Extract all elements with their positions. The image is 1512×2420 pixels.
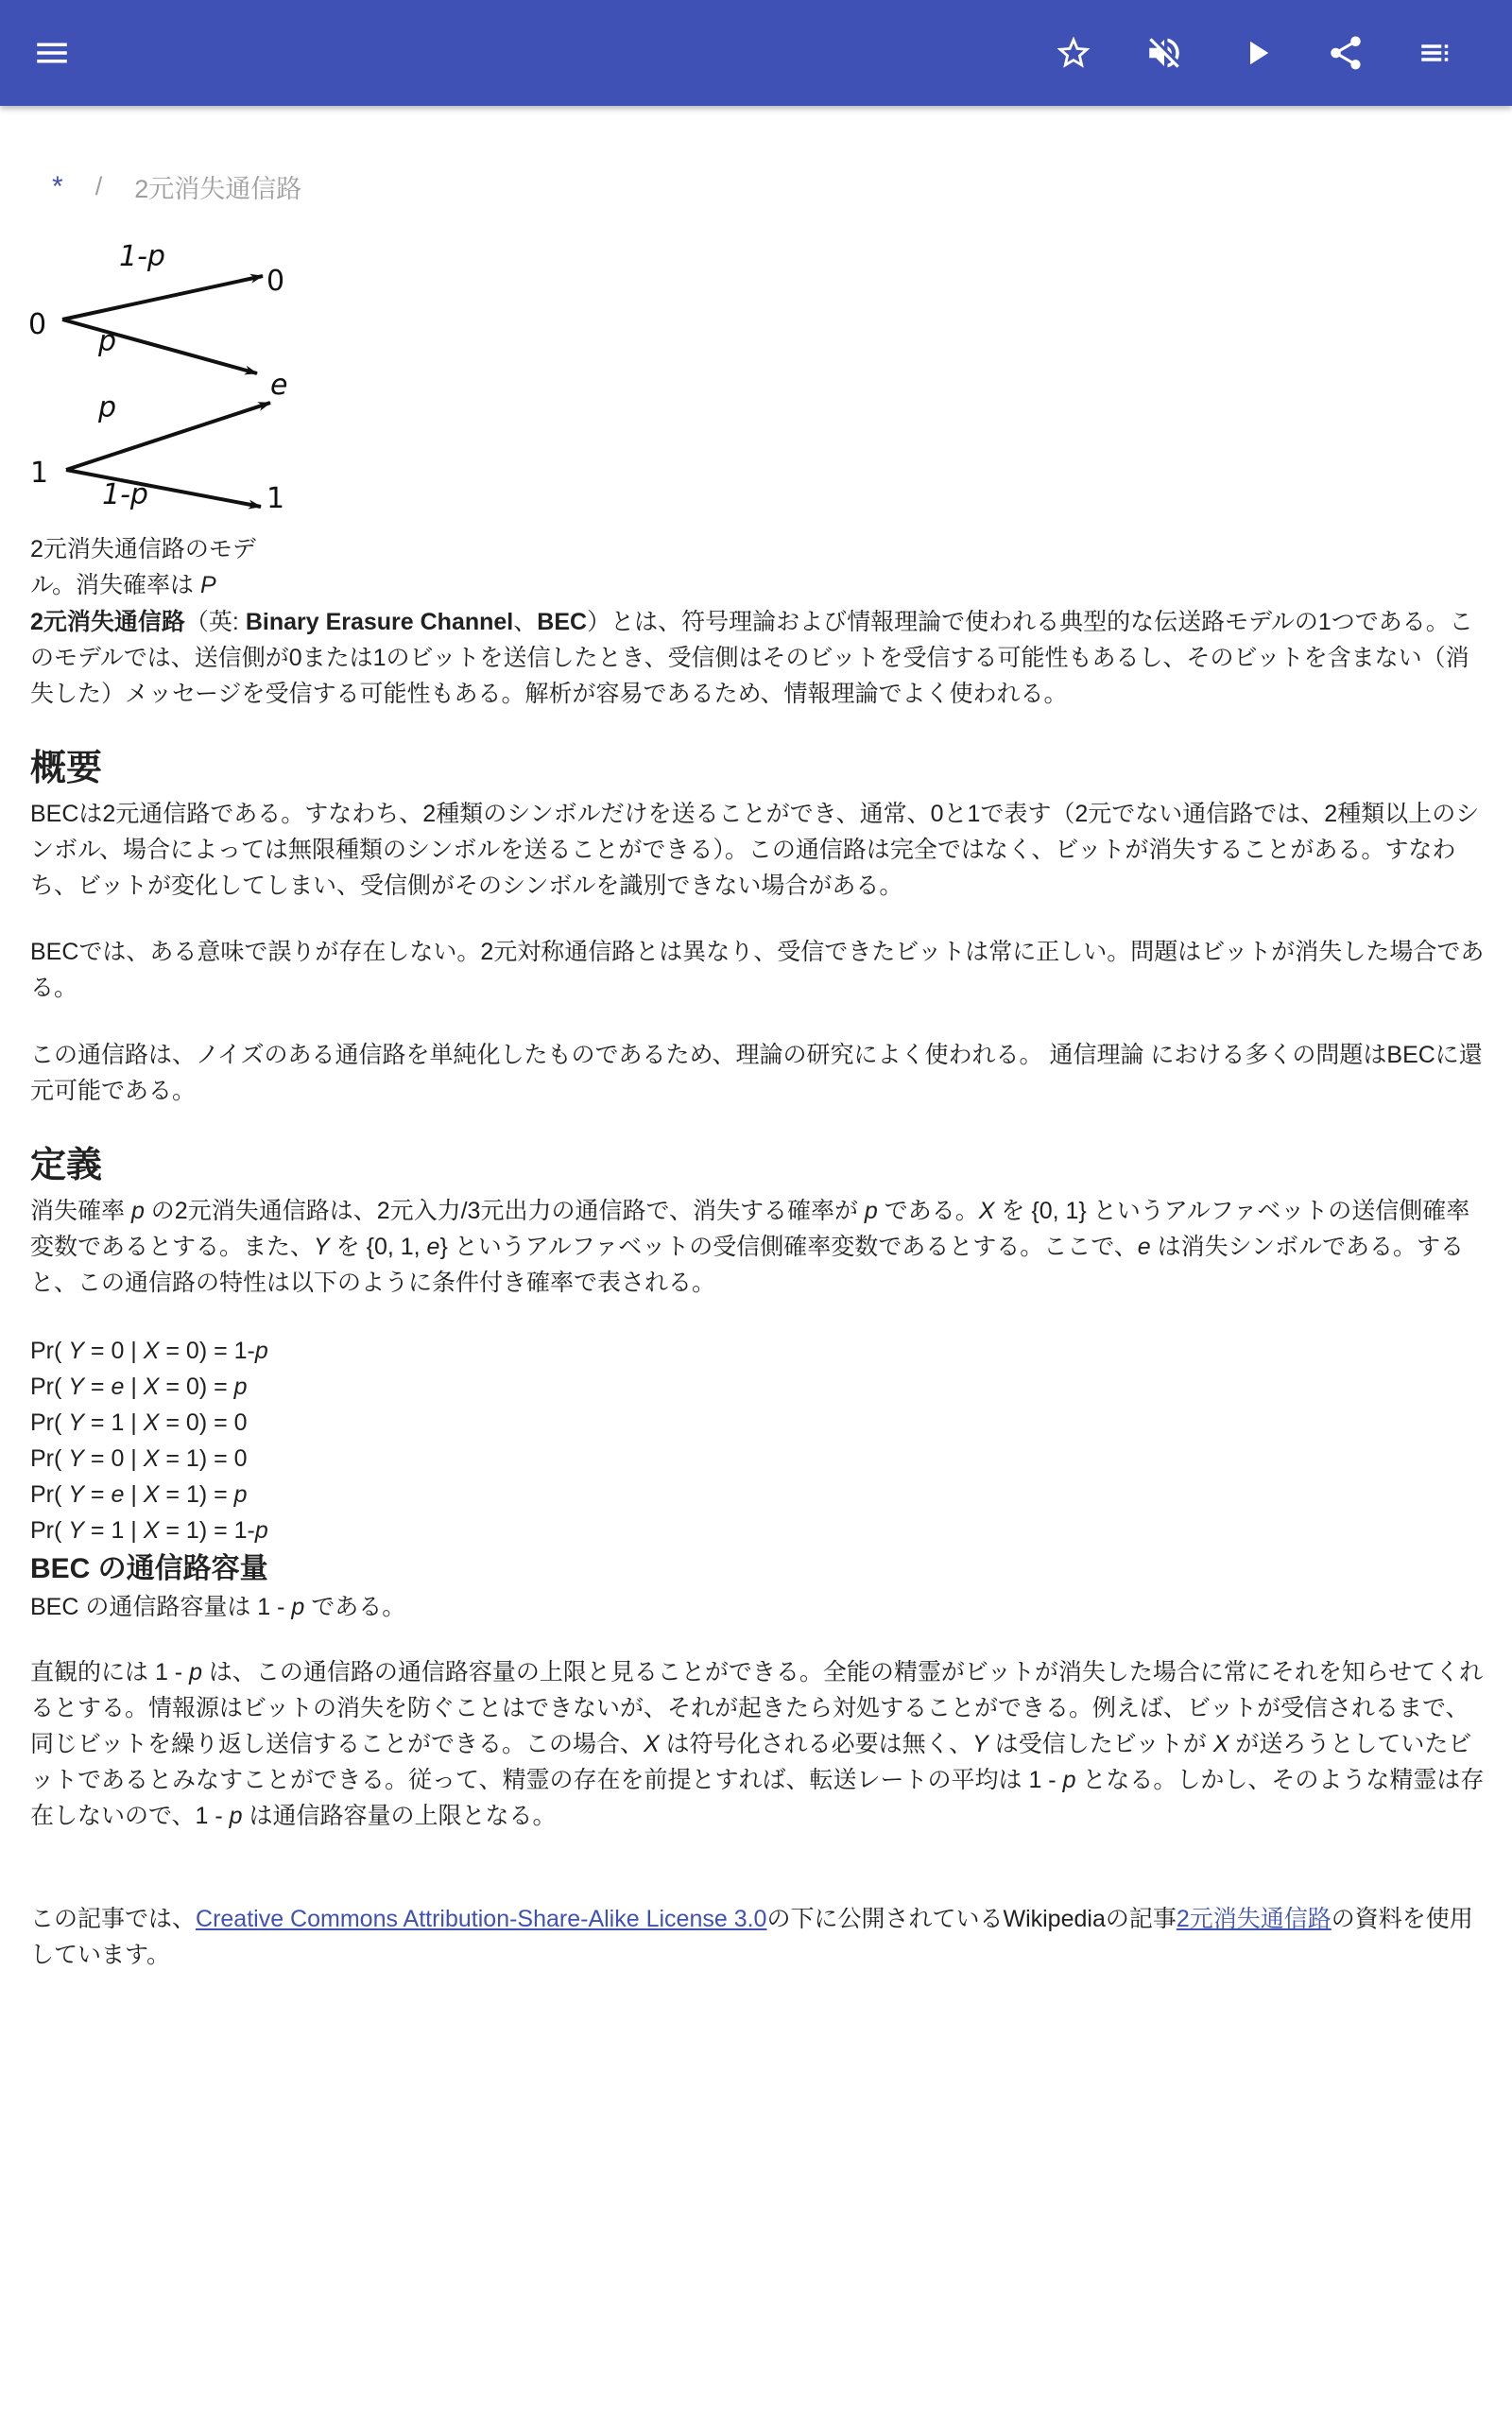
var-x: X <box>1213 1731 1229 1757</box>
var-e: e <box>1138 1234 1151 1260</box>
definition-paragraph: 消失確率 p の2元消失通信路は、2元入力/3元出力の通信路で、消失する確率が … <box>30 1193 1486 1301</box>
overview-paragraph-2: BECでは、ある意味で誤りが存在しない。2元対称通信路とは異なり、受信できたビッ… <box>30 934 1486 1006</box>
mute-button[interactable] <box>1138 26 1191 79</box>
text: である。 <box>304 1594 405 1620</box>
diagram-label-top: 1-p <box>119 241 165 273</box>
diagram-output-0: 0 <box>266 265 284 298</box>
var-p: p <box>291 1594 304 1620</box>
binary-erasure-channel-diagram-icon: 0 1 0 e 1 1-p p p 1-p <box>28 241 293 515</box>
var-p: p <box>1063 1767 1076 1793</box>
breadcrumb-current: 2元消失通信路 <box>134 168 301 205</box>
bookmark-button[interactable] <box>1047 26 1100 79</box>
var-p: p <box>865 1198 878 1224</box>
text: BEC の通信路容量は 1 - <box>30 1594 291 1620</box>
var-e: e <box>427 1234 440 1260</box>
text: } というアルファベットの受信側確率変数であるとする。ここで、 <box>439 1234 1137 1260</box>
app-bar <box>0 0 1512 106</box>
diagram-label-bottom: 1-p <box>102 478 148 511</box>
text: は通信路容量の上限となる。 <box>243 1803 557 1829</box>
diagram-input-1: 1 <box>30 457 48 490</box>
probability-line: Pr( Y = e | X = 0) = p <box>30 1369 248 1405</box>
share-button[interactable] <box>1319 26 1372 79</box>
diagram-output-1: 1 <box>266 482 284 515</box>
intro-comma: 、 <box>513 609 537 635</box>
breadcrumb: * / 2元消失通信路 <box>52 168 301 205</box>
attribution: この記事では、Creative Commons Attribution-Shar… <box>30 1901 1486 1973</box>
text: である。 <box>878 1198 979 1224</box>
breadcrumb-home-link[interactable]: * <box>52 171 63 203</box>
text: 直観的には 1 - <box>30 1659 189 1685</box>
var-x: X <box>644 1731 660 1757</box>
probability-line: Pr( Y = 1 | X = 1) = 1-p <box>30 1512 268 1548</box>
bec-diagram: 0 1 0 e 1 1-p p p 1-p <box>28 241 293 515</box>
diagram-output-e: e <box>270 369 287 402</box>
share-icon <box>1326 33 1366 73</box>
probability-line: Pr( Y = 1 | X = 0) = 0 <box>30 1405 248 1441</box>
var-x: X <box>979 1198 995 1224</box>
var-y: Y <box>972 1731 988 1757</box>
probability-line: Pr( Y = 0 | X = 0) = 1-p <box>30 1333 268 1369</box>
wikipedia-article-link[interactable]: 2元消失通信路 <box>1177 1906 1332 1932</box>
heading-overview: 概要 <box>30 747 102 790</box>
diagram-label-lower-p: p <box>97 391 116 424</box>
heading-definition: 定義 <box>30 1144 102 1187</box>
volume-off-icon <box>1144 33 1184 73</box>
play-icon <box>1237 33 1277 73</box>
menu-button[interactable] <box>26 26 78 79</box>
var-y: Y <box>314 1234 330 1260</box>
star-outline-icon <box>1054 33 1093 73</box>
intro-english-term: Binary Erasure Channel <box>246 609 513 635</box>
text: の2元消失通信路は、2元入力/3元出力の通信路で、消失する確率が <box>145 1198 865 1224</box>
license-link[interactable]: Creative Commons Attribution-Share-Alike… <box>196 1906 766 1932</box>
intro-paragraph: 2元消失通信路（英: Binary Erasure Channel、BEC）とは… <box>30 604 1486 712</box>
var-p: p <box>189 1659 202 1685</box>
hamburger-menu-icon <box>32 33 72 73</box>
diagram-label-upper-p: p <box>97 325 116 358</box>
capacity-paragraph-2: 直観的には 1 - p は、この通信路の通信路容量の上限と見ることができる。全能… <box>30 1654 1486 1834</box>
intro-paren: （英: <box>185 609 246 635</box>
caption-line-1: 2元消失通信路のモデ <box>30 531 276 567</box>
text: を {0, 1, <box>330 1234 427 1260</box>
overview-paragraph-3: この通信路は、ノイズのある通信路を単純化したものであるため、理論の研究によく使わ… <box>30 1037 1486 1109</box>
contents-button[interactable] <box>1410 26 1463 79</box>
caption-text: ル。消失確率は <box>30 572 200 598</box>
overview-paragraph-1: BECは2元通信路である。すなわち、2種類のシンボルだけを送ることができ、通常、… <box>30 796 1486 904</box>
text: この記事では、 <box>30 1906 196 1932</box>
figure-caption: 2元消失通信路のモデ ル。消失確率は P <box>30 531 276 603</box>
probability-line: Pr( Y = e | X = 1) = p <box>30 1477 248 1512</box>
diagram-input-0: 0 <box>28 308 46 341</box>
probability-line: Pr( Y = 0 | X = 1) = 0 <box>30 1441 248 1477</box>
text: の下に公開されているWikipediaの記事 <box>766 1906 1176 1932</box>
text: は受信したビットが <box>988 1731 1213 1757</box>
heading-capacity: BEC の通信路容量 <box>30 1551 268 1587</box>
play-button[interactable] <box>1230 26 1283 79</box>
var-p: p <box>131 1198 145 1224</box>
playlist-icon <box>1417 33 1456 73</box>
capacity-paragraph-1: BEC の通信路容量は 1 - p である。 <box>30 1589 1486 1625</box>
text: 消失確率 <box>30 1198 131 1224</box>
caption-variable: P <box>200 572 216 598</box>
intro-term: 2元消失通信路 <box>30 609 185 635</box>
caption-line-2: ル。消失確率は P <box>30 567 276 603</box>
var-p: p <box>230 1803 243 1829</box>
text: は符号化される必要は無く、 <box>660 1731 972 1757</box>
intro-abbr: BEC <box>537 609 587 635</box>
breadcrumb-separator: / <box>95 172 103 201</box>
